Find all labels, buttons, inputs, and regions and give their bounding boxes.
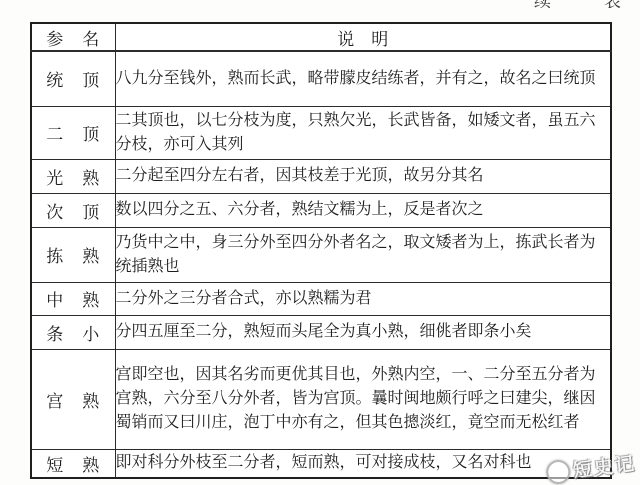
table-row: 次 顶 数以四分之五、六分者，熟结文糯为上，反是者次之 — [31, 193, 611, 227]
row-description: 二分起至四分左右者，因其枝差于光顶，故另分其名 — [115, 159, 611, 193]
table-row: 拣 熟 乃货中之中，身三分外至四分外者名之，取文矮者为上，拣武长者为统插熟也 — [31, 227, 611, 282]
table-row: 短 熟 即对科分外枝至二分者，短而熟，可对接成枝，又名对科也 — [31, 449, 611, 478]
table-row: 统 顶 八九分至钱外，熟而长武，略带朦皮结练者，并有之，故名之曰统顶 — [31, 51, 611, 106]
table-row: 中 熟 二分外之三分者合式，亦以熟糯为君 — [31, 282, 611, 315]
table-row: 光 熟 二分起至四分左右者，因其枝差于光顶，故另分其名 — [31, 159, 611, 193]
column-header-name: 参 名 — [31, 23, 115, 51]
continuation-label-clipped: 续 表 — [534, 0, 624, 8]
row-description: 八九分至钱外，熟而长武，略带朦皮结练者，并有之，故名之曰统顶 — [115, 51, 611, 106]
row-description: 宫即空也，因其名劣而更优其目也，外熟内空，一、二分至五分者为宫熟，六分至八分外者… — [115, 349, 611, 449]
row-name: 宫 熟 — [31, 349, 115, 449]
ginseng-grade-table: 参 名 说 明 统 顶 八九分至钱外，熟而长武，略带朦皮结练者，并有之，故名之曰… — [30, 22, 612, 479]
table-row: 宫 熟 宫即空也，因其名劣而更优其目也，外熟内空，一、二分至五分者为宫熟，六分至… — [31, 349, 611, 449]
column-header-description: 说 明 — [115, 23, 611, 51]
continuation-label-text: 续 表 — [534, 0, 624, 8]
row-name: 光 熟 — [31, 159, 115, 193]
row-name: 拣 熟 — [31, 227, 115, 282]
table-row: 二 顶 二其顶也，以七分枝为度，只熟欠光，长武皆备，如矮文者，虽五六分枝，亦可入… — [31, 106, 611, 159]
row-name: 中 熟 — [31, 282, 115, 315]
row-description: 即对科分外枝至二分者，短而熟，可对接成枝，又名对科也 — [115, 449, 611, 478]
header-row: 参 名 说 明 — [31, 23, 611, 51]
row-name: 次 顶 — [31, 193, 115, 227]
row-name: 条 小 — [31, 315, 115, 349]
row-description: 二分外之三分者合式，亦以熟糯为君 — [115, 282, 611, 315]
row-name: 统 顶 — [31, 51, 115, 106]
row-name: 二 顶 — [31, 106, 115, 159]
table-row: 条 小 分四五厘至二分，熟短而头尾全为真小熟，细佻者即条小矣 — [31, 315, 611, 349]
row-description: 分四五厘至二分，熟短而头尾全为真小熟，细佻者即条小矣 — [115, 315, 611, 349]
row-name: 短 熟 — [31, 449, 115, 478]
row-description: 二其顶也，以七分枝为度，只熟欠光，长武皆备，如矮文者，虽五六分枝，亦可入其列 — [115, 106, 611, 159]
row-description: 数以四分之五、六分者，熟结文糯为上，反是者次之 — [115, 193, 611, 227]
row-description: 乃货中之中，身三分外至四分外者名之，取文矮者为上，拣武长者为统插熟也 — [115, 227, 611, 282]
